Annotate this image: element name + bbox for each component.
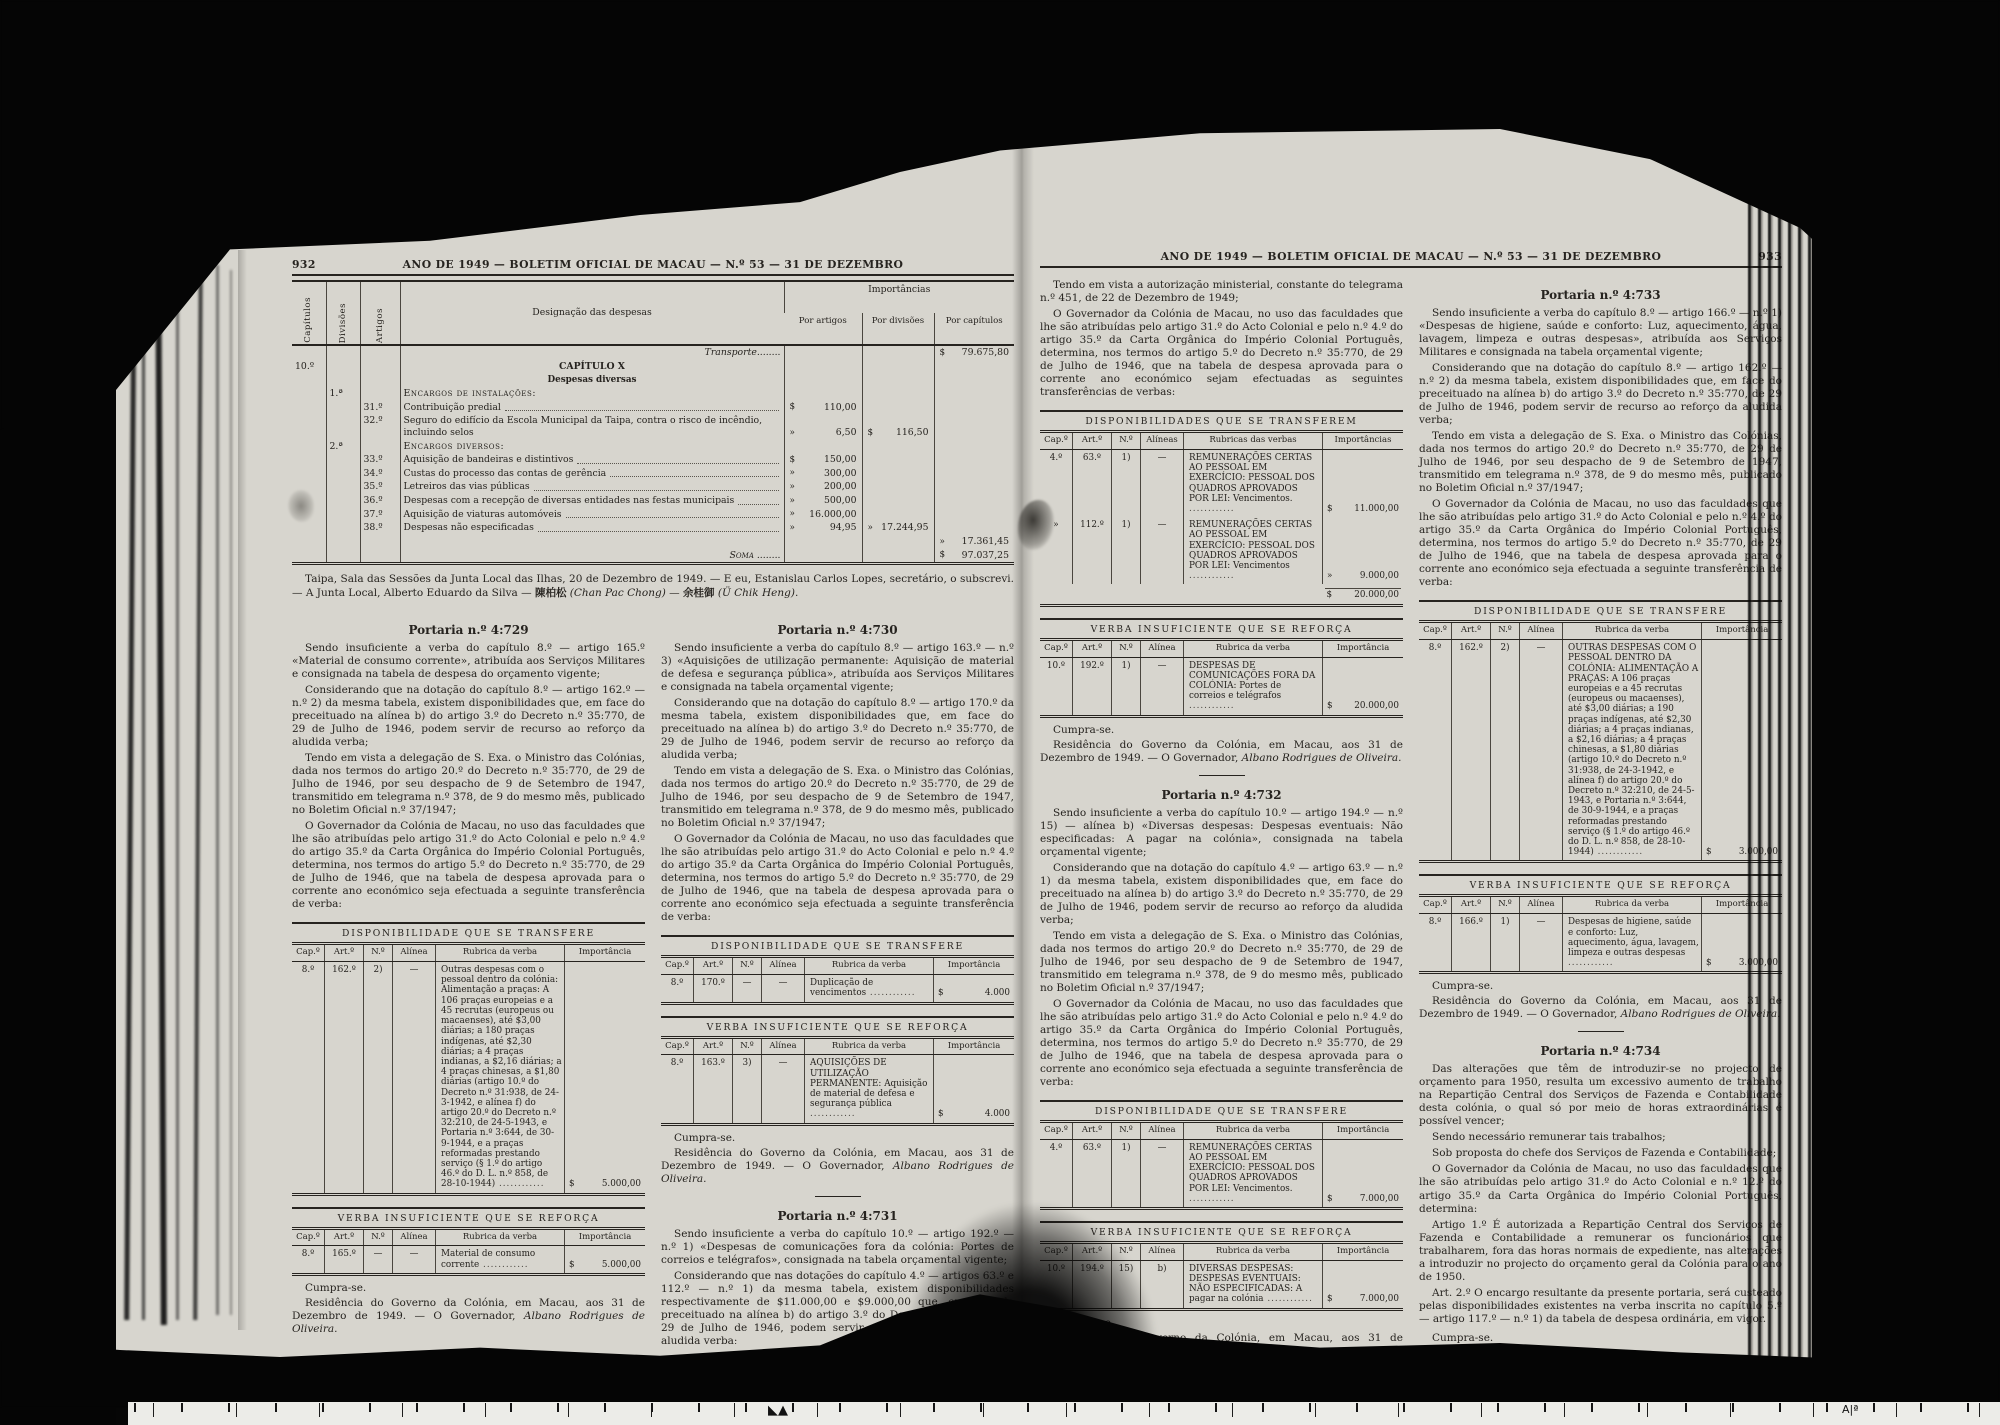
table-row: 36.º Despesas com a recepção de diversas… <box>292 494 1014 508</box>
table-row: 8.º162.º 2)— OUTRAS DESPESAS COM O PESSO… <box>1419 640 1782 862</box>
table-row: 35.º Letreiros das vias públicas »200,00 <box>292 480 1014 494</box>
amount: 4.000 <box>985 1109 1010 1119</box>
table-row: Transporte........ $79.675,80 <box>292 345 1014 360</box>
paragraph: Art. 2.º O encargo resultante da present… <box>1419 1287 1782 1326</box>
paragraph: Sob proposta do chefe dos Serviços de Fa… <box>1419 1147 1782 1160</box>
page-933: ANO DE 1949 — BOLETIM OFICIAL DE MACAU —… <box>1040 250 1782 1346</box>
table-row: 34.º Custas do processo das contas de ge… <box>292 467 1014 481</box>
table-row: 8.º162.º 2)— Outras despesas com o pesso… <box>292 962 645 1194</box>
rubrica: REMUNERAÇÕES CERTAS AO PESSOAL EM EXERCÍ… <box>1189 1143 1315 1204</box>
col-divisoes: Divisões <box>338 303 349 343</box>
soma-label: Soma <box>730 550 754 561</box>
transporte-label: Transporte <box>705 347 757 358</box>
cumpra-se: Cumpra-se. <box>661 1132 1014 1144</box>
cumpra-se: Cumpra-se. <box>1040 724 1403 736</box>
table-row: »17.361,45 <box>292 535 1014 549</box>
item-desc: Aquisição de viaturas automóveis <box>404 509 562 521</box>
residencia: Residência do Governo da Colónia, em Mac… <box>292 1297 645 1336</box>
table-row: 2.ª Encargos diversos: <box>292 440 1014 454</box>
paragraph: Sendo necessário remunerar tais trabalho… <box>1419 1131 1782 1144</box>
division-number: 1.ª <box>326 387 360 401</box>
residencia: Residência do Governo da Colónia, em Mac… <box>1419 995 1782 1021</box>
section-divider <box>815 1196 861 1197</box>
cumpra-se: Cumpra-se. <box>1419 1332 1782 1344</box>
residencia: Residência do Governo da Colónia, em Mac… <box>661 1147 1014 1186</box>
chapter-number: 10.º <box>292 360 326 388</box>
division-number: 2.ª <box>326 440 360 454</box>
rubrica: AQUISIÇÕES DE UTILIZAÇÃO PERMANENTE: Aqu… <box>810 1058 927 1119</box>
table-row: 33.º Aquisição de bandeiras e distintivo… <box>292 453 1014 467</box>
table-caption: DISPONIBILIDADE QUE SE TRANSFERE <box>292 922 645 942</box>
signature-paragraph: Taipa, Sala das Sessões da Junta Local d… <box>292 573 1014 600</box>
table-row: Soma ........ $97.037,25 <box>292 549 1014 564</box>
division-total: 17.244,95 <box>881 522 928 534</box>
col-designacao: Designação das despesas <box>400 281 784 345</box>
right-page-column-2: Portaria n.º 4:733 Sendo insuficiente a … <box>1419 276 1782 1346</box>
budget-table: Capítulos Divisões Artigos Designação da… <box>292 280 1014 565</box>
transfer-table: Cap.ºArt.º N.ºAlínea Rubrica da verbaImp… <box>1040 1120 1403 1210</box>
section-divider <box>1578 1031 1624 1032</box>
rubrica: Material de consumo corrente <box>441 1249 535 1269</box>
col-capitulos: Capítulos <box>303 297 314 343</box>
cjk-name: 余桂御 <box>683 587 715 599</box>
paragraph: Sendo insuficiente a verba do capítulo 1… <box>1040 807 1403 859</box>
table-row: 31.º Contribuição predial $110,00 <box>292 401 1014 415</box>
rubrica: OUTRAS DESPESAS COM O PESSOAL DENTRO DA … <box>1568 643 1698 857</box>
paragraph: Considerando que na dotação do capítulo … <box>661 697 1014 762</box>
amount: 7.000,00 <box>1360 1294 1399 1304</box>
paragraph: Tendo em vista a autorização ministerial… <box>1040 279 1403 305</box>
left-page-column-1: Portaria n.º 4:729 Sendo insuficiente a … <box>292 611 645 1344</box>
paragraph: Tendo em vista a delegação de S. Exa. o … <box>1040 930 1403 995</box>
table-row: 8.º170.º —— Duplicação de vencimentos $4… <box>661 975 1014 1003</box>
table-row: 8.º165.º —— Material de consumo corrente… <box>292 1246 645 1274</box>
paragraph: O Governador da Colónia de Macau, no uso… <box>292 820 645 911</box>
transfer-table: Cap.ºArt.º N.ºAlínea Rubrica da verbaImp… <box>661 955 1014 1004</box>
page-fold-shadow <box>238 250 247 1330</box>
amount: 11.000,00 <box>1354 504 1399 514</box>
table-caption: VERBA INSUFICIENTE QUE SE REFORÇA <box>661 1016 1014 1036</box>
film-edge-marks: A|ª <box>1842 1403 1858 1416</box>
page-edge-streak <box>176 260 179 1320</box>
page-header: 932 ANO DE 1949 — BOLETIM OFICIAL DE MAC… <box>292 258 1014 276</box>
item-desc: Aquisição de bandeiras e distintivos <box>404 454 574 466</box>
portaria-4733: Portaria n.º 4:733 Sendo insuficiente a … <box>1419 288 1782 1021</box>
ink-blot <box>288 490 314 522</box>
table-row: 4.º63.º 1)— REMUNERAÇÕES CERTAS AO PESSO… <box>1040 450 1403 518</box>
paragraph: O Governador da Colónia de Macau, no uso… <box>1040 308 1403 399</box>
reinforce-table: Cap.ºArt.º N.ºAlínea Rubrica da verbaImp… <box>1040 638 1403 718</box>
cumpra-se: Cumpra-se. <box>292 1282 645 1294</box>
portaria-4729: Portaria n.º 4:729 Sendo insuficiente a … <box>292 623 645 1336</box>
table-caption: DISPONIBILIDADE QUE SE TRANSFERE <box>1040 1100 1403 1120</box>
amount: 5.000,00 <box>602 1260 641 1270</box>
page-header: ANO DE 1949 — BOLETIM OFICIAL DE MACAU —… <box>1040 250 1782 268</box>
reinforce-table: Cap.ºArt.º N.ºAlínea Rubrica da verbaImp… <box>1419 894 1782 974</box>
col-por-artigos: Por artigos <box>784 313 862 345</box>
reinforce-table: Cap.ºArt.º N.ºAlínea Rubrica da verbaImp… <box>661 1036 1014 1126</box>
table-caption: DISPONIBILIDADE QUE SE TRANSFERE <box>1419 600 1782 620</box>
portaria-heading: Portaria n.º 4:732 <box>1040 788 1403 802</box>
transporte-amount: 79.675,80 <box>962 347 1009 359</box>
table-row: 32.º Seguro do edifício da Escola Munici… <box>292 414 1014 439</box>
table-row: 37.º Aquisição de viaturas automóveis »1… <box>292 508 1014 522</box>
paragraph: Das alterações que têm de introduzir-se … <box>1419 1063 1782 1128</box>
rubrica: Despesas de higiene, saúde e conforto: L… <box>1568 917 1699 968</box>
item-desc: Despesas não especificadas <box>404 522 534 534</box>
page-header-title: ANO DE 1949 — BOLETIM OFICIAL DE MACAU —… <box>362 258 944 271</box>
portaria-heading: Portaria n.º 4:734 <box>1419 1044 1782 1058</box>
governor-name: Albano Rodrigues de Oliveira. <box>1242 752 1402 764</box>
chapter-title: CAPÍTULO X <box>404 361 781 373</box>
division-heading: Encargos de instalações: <box>400 387 784 401</box>
chapter-total: 17.361,45 <box>962 536 1009 548</box>
portaria-heading: Portaria n.º 4:733 <box>1419 288 1782 302</box>
table-caption: DISPONIBILIDADE QUE SE TRANSFERE <box>661 935 1014 955</box>
paragraph: Considerando que na dotação do capítulo … <box>292 684 645 749</box>
film-edge-strip <box>128 1402 2000 1425</box>
portaria-4734: Portaria n.º 4:734 Das alterações que tê… <box>1419 1031 1782 1346</box>
portaria-heading: Portaria n.º 4:730 <box>661 623 1014 637</box>
col-por-divisoes: Por divisões <box>862 313 934 345</box>
division-heading: Encargos diversos: <box>400 440 784 454</box>
amount: 4.000 <box>985 988 1010 998</box>
table-row: 8.º163.º 3)— AQUISIÇÕES DE UTILIZAÇÃO PE… <box>661 1055 1014 1124</box>
film-edge-streaks <box>1748 40 1814 1370</box>
division-total: 116,50 <box>896 427 929 439</box>
table-row: »112.º 1)— REMUNERAÇÕES CERTAS AO PESSOA… <box>1040 517 1403 584</box>
table-caption: VERBA INSUFICIENTE QUE SE REFORÇA <box>292 1207 645 1227</box>
page-932: 932 ANO DE 1949 — BOLETIM OFICIAL DE MAC… <box>292 258 1014 1344</box>
residencia: Residência do Governo da Colónia, em Mac… <box>1040 739 1403 765</box>
transfer-table: Cap.ºArt.º N.ºAlínea Rubrica da verbaImp… <box>292 942 645 1195</box>
item-desc: Despesas com a recepção de diversas enti… <box>404 495 735 507</box>
item-desc: Contribuição predial <box>404 402 501 414</box>
rubrica: DIVERSAS DESPESAS: DESPESAS EVENTUAIS: N… <box>1189 1264 1313 1305</box>
rubrica: REMUNERAÇÕES CERTAS AO PESSOAL EM EXERCÍ… <box>1189 520 1315 581</box>
soma-amount: 97.037,25 <box>962 550 1009 562</box>
paragraph: O Governador da Colónia de Macau, no uso… <box>1419 498 1782 589</box>
paragraph: Tendo em vista a delegação de S. Exa. o … <box>292 752 645 817</box>
rubrica: DESPESAS DE COMUNICAÇÕES FORA DA COLÓNIA… <box>1189 661 1315 712</box>
paragraph: Tendo em vista a delegação de S. Exa. o … <box>661 765 1014 830</box>
item-desc: Seguro do edifício da Escola Municipal d… <box>404 415 775 438</box>
table-row: 10.º CAPÍTULO XDespesas diversas <box>292 360 1014 388</box>
rubrica: REMUNERAÇÕES CERTAS AO PESSOAL EM EXERCÍ… <box>1189 453 1315 514</box>
table-row: 1.ª Encargos de instalações: <box>292 387 1014 401</box>
table-caption: VERBA INSUFICIENTE QUE SE REFORÇA <box>1040 618 1403 638</box>
amount: 7.000,00 <box>1360 1194 1399 1204</box>
cumpra-se: Cumpra-se. <box>1419 980 1782 992</box>
col-importancias: Importâncias <box>784 281 1014 313</box>
paragraph: O Governador da Colónia de Macau, no uso… <box>1040 998 1403 1089</box>
section-divider <box>1199 775 1245 776</box>
film-edge-marks: ◣▲ <box>768 1403 788 1418</box>
portaria-heading: Portaria n.º 4:729 <box>292 623 645 637</box>
paragraph: Artigo 1.º É autorizada a Repartição Cen… <box>1419 1219 1782 1284</box>
paragraph: Considerando que na dotação do capítulo … <box>1419 362 1782 427</box>
table-caption: VERBA INSUFICIENTE QUE SE REFORÇA <box>1419 874 1782 894</box>
col-por-capitulos: Por capítulos <box>934 313 1014 345</box>
reinforce-table: Cap.ºArt.º N.ºAlínea Rubrica da verbaImp… <box>292 1227 645 1276</box>
paragraph: Sendo insuficiente a verba do capítulo 8… <box>1419 307 1782 359</box>
transfer-table: Cap.ºArt.º N.ºAlínea Rubrica da verbaImp… <box>1419 620 1782 863</box>
paragraph: Considerando que na dotação do capítulo … <box>1040 862 1403 927</box>
transfer-table: Cap.ºArt.º N.ºAlíneas Rubricas das verba… <box>1040 430 1403 607</box>
portaria-4730: Portaria n.º 4:730 Sendo insuficiente a … <box>661 623 1014 1186</box>
amount: 5.000,00 <box>602 1179 641 1189</box>
portaria-4731-continuation: Tendo em vista a autorização ministerial… <box>1040 279 1403 765</box>
table-row: 10.º192.º 1)— DESPESAS DE COMUNICAÇÕES F… <box>1040 657 1403 716</box>
col-artigos: Artigos <box>375 308 386 343</box>
page-edge-streak <box>216 265 219 1315</box>
right-page-column-1: Tendo em vista a autorização ministerial… <box>1040 276 1403 1346</box>
table-row: 38.º Despesas não especificadas »94,95 »… <box>292 521 1014 535</box>
cjk-name: 陳柏松 <box>535 587 567 599</box>
page-number: 932 <box>292 258 362 271</box>
rubrica: Outras despesas com o pessoal dentro da … <box>441 965 562 1189</box>
item-desc: Custas do processo das contas de gerênci… <box>404 468 607 480</box>
paragraph: O Governador da Colónia de Macau, no uso… <box>661 833 1014 924</box>
item-desc: Letreiros das vias públicas <box>404 481 530 493</box>
page-edge-streak <box>142 250 145 1320</box>
paragraph: O Governador da Colónia de Macau, no uso… <box>1419 1163 1782 1215</box>
chapter-subtitle: Despesas diversas <box>404 375 781 386</box>
page-edge-streak <box>230 270 232 1315</box>
paragraph: Sendo insuficiente a verba do capítulo 8… <box>292 642 645 681</box>
amount: 9.000,00 <box>1360 571 1399 581</box>
paragraph: Tendo em vista a delegação de S. Exa. o … <box>1419 430 1782 495</box>
page-gutter-shadow <box>1012 140 1034 1340</box>
amount: 20.000,00 <box>1354 701 1399 711</box>
table-row: 4.º63.º 1)— REMUNERAÇÕES CERTAS AO PESSO… <box>1040 1139 1403 1208</box>
paragraph: Sendo insuficiente a verba do capítulo 8… <box>661 642 1014 694</box>
table-row: 8.º166.º 1)— Despesas de higiene, saúde … <box>1419 914 1782 973</box>
page-header-title: ANO DE 1949 — BOLETIM OFICIAL DE MACAU —… <box>1110 250 1712 263</box>
table-caption: DISPONIBILIDADES QUE SE TRANSFEREM <box>1040 410 1403 430</box>
table-total-row: $20.000,00 <box>1040 584 1403 605</box>
rubrica: Duplicação de vencimentos <box>810 978 916 998</box>
total-amount: 20.000,00 <box>1354 590 1399 600</box>
